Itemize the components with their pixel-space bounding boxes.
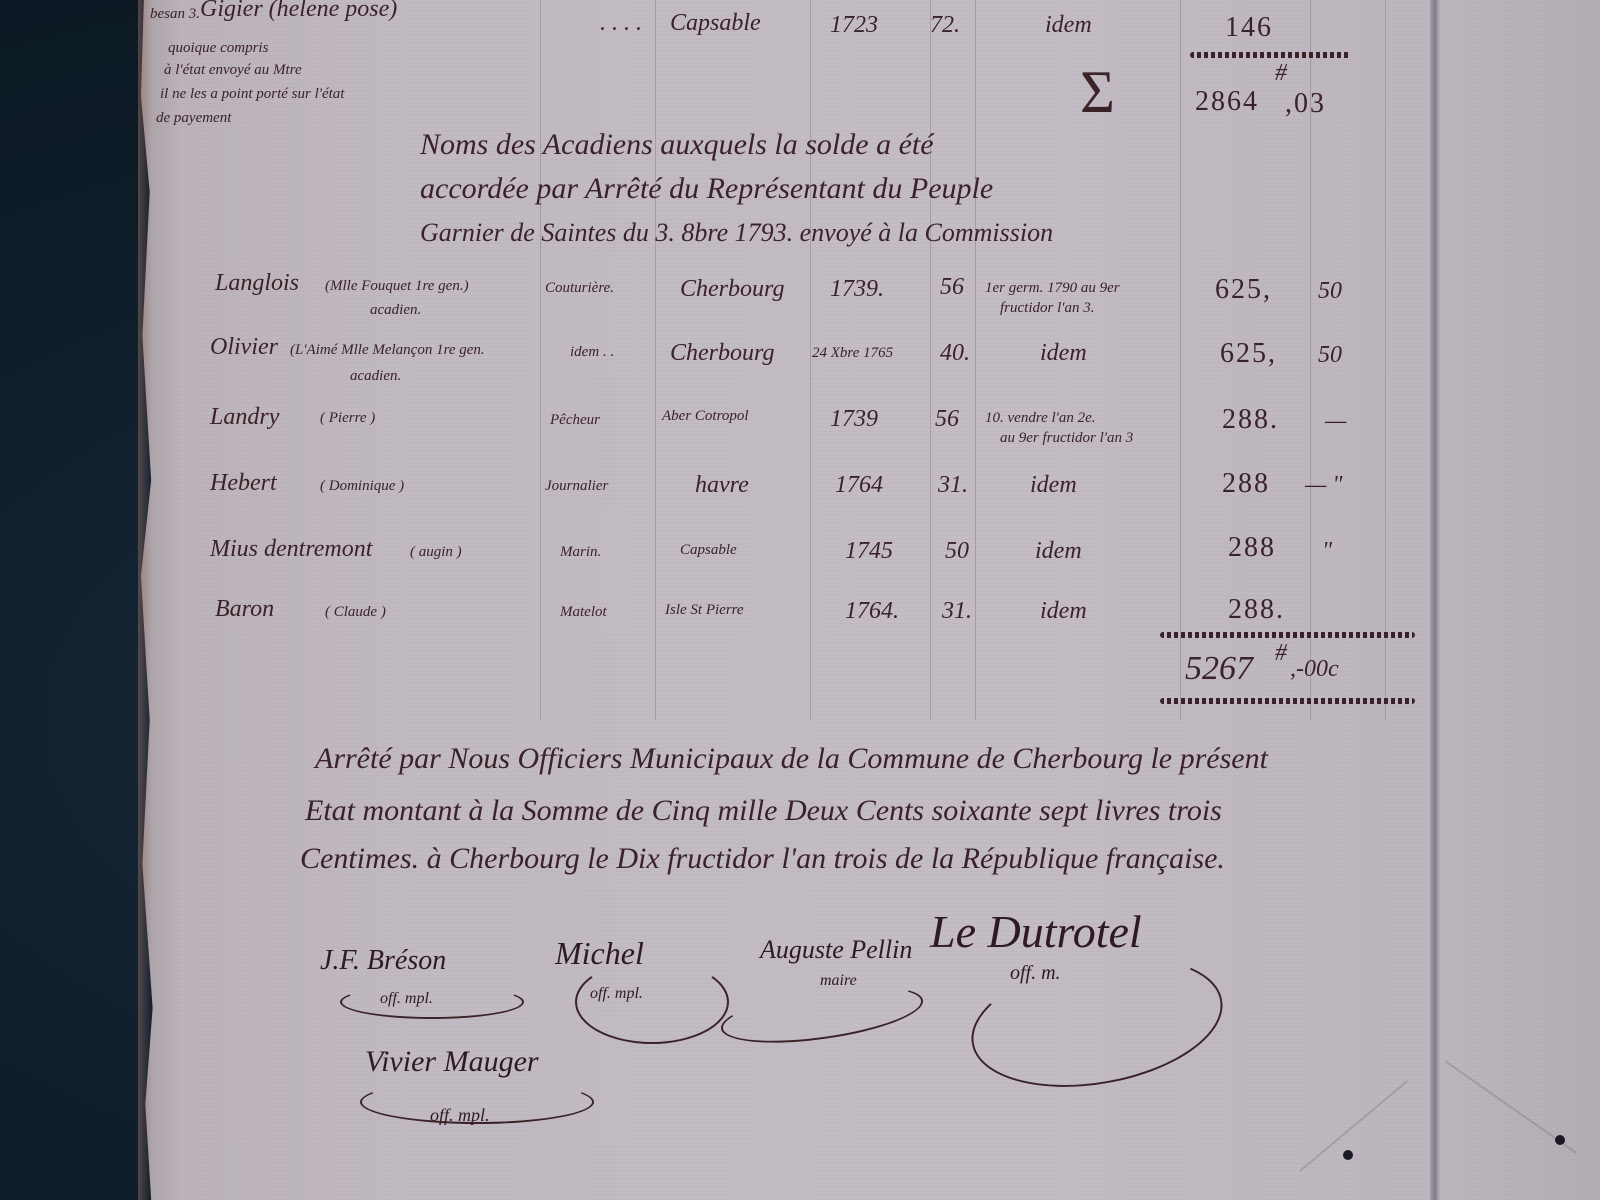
signature-name: Le Dutrotel xyxy=(930,905,1142,958)
row-birth: 1745 xyxy=(845,538,893,565)
row-birthplace: Cherbourg xyxy=(680,276,784,303)
row-period: idem xyxy=(1040,598,1087,625)
row-age: 31. xyxy=(942,598,972,625)
row-surname: Baron xyxy=(215,596,274,623)
entry-name: Gigier (helene pose) xyxy=(200,0,397,23)
entry-period: idem xyxy=(1045,12,1092,39)
row-given-name: ( Pierre ) xyxy=(320,410,375,427)
row-period: 10. vendre l'an 2e. xyxy=(985,410,1096,427)
row-occupation: Matelot xyxy=(560,604,607,621)
marginal-label: besan 3. xyxy=(150,6,200,23)
row-given-sub: acadien. xyxy=(350,368,401,385)
row-surname: Mius dentremont xyxy=(210,536,372,563)
row-birth: 1764 xyxy=(835,472,883,499)
row-period-sub: au 9er fructidor l'an 3 xyxy=(1000,430,1133,447)
total-value: 5267 xyxy=(1185,650,1253,688)
signature-flourish xyxy=(575,960,729,1044)
closing-line: Etat montant à la Somme de Cinq mille De… xyxy=(305,794,1222,828)
row-age: 40. xyxy=(940,340,970,367)
column-rule xyxy=(540,0,541,720)
signature-name: J.F. Bréson xyxy=(320,945,446,977)
column-rule xyxy=(930,0,931,720)
row-cents: 50 xyxy=(1318,278,1342,305)
row-amount: 288 xyxy=(1222,468,1270,500)
row-surname: Landry xyxy=(210,404,279,431)
row-given-name: ( Claude ) xyxy=(325,604,386,621)
row-cents: " xyxy=(1322,538,1332,565)
row-birthplace: Cherbourg xyxy=(670,340,774,367)
row-given-name: ( Dominique ) xyxy=(320,478,404,495)
heading-line: Garnier de Saintes du 3. 8bre 1793. envo… xyxy=(420,218,1053,248)
row-cents: 50 xyxy=(1318,342,1342,369)
row-amount: 288. xyxy=(1222,404,1279,436)
entry-age: 72. xyxy=(930,12,960,39)
total-rule-bottom xyxy=(1160,698,1415,704)
subtotal-livres-mark: # xyxy=(1275,60,1287,87)
row-age: 31. xyxy=(938,472,968,499)
row-occupation: idem . . xyxy=(570,344,614,361)
row-occupation: Marin. xyxy=(560,544,601,561)
paper-hole xyxy=(1343,1150,1353,1160)
row-given-sub: acadien. xyxy=(370,302,421,319)
row-cents: — " xyxy=(1305,472,1342,499)
subtotal-cents: ,03 xyxy=(1285,88,1326,120)
total-cents: ,-00c xyxy=(1290,656,1339,683)
row-surname: Olivier xyxy=(210,334,278,361)
signature-name: Auguste Pellin xyxy=(760,935,912,965)
row-amount: 625, xyxy=(1215,274,1272,306)
column-rule xyxy=(655,0,656,720)
row-birth: 1739 xyxy=(830,406,878,433)
entry-amount: 146 xyxy=(1225,12,1273,44)
subtotal-rule xyxy=(1190,52,1350,58)
subtotal-value: 2864 xyxy=(1195,86,1259,118)
column-rule xyxy=(1180,0,1181,720)
row-birthplace: Aber Cotropol xyxy=(662,408,749,425)
entry-year: 1723 xyxy=(830,12,878,39)
row-surname: Langlois xyxy=(215,270,299,297)
row-occupation: Pêcheur xyxy=(550,412,600,429)
column-rule xyxy=(1385,0,1386,720)
column-rule xyxy=(975,0,976,720)
row-birth: 1739. xyxy=(830,276,884,303)
total-livres-mark: # xyxy=(1275,640,1287,667)
row-amount: 625, xyxy=(1220,338,1277,370)
row-age: 56 xyxy=(940,274,964,301)
sum-symbol-icon: Σ xyxy=(1080,58,1115,127)
row-birthplace: havre xyxy=(695,472,749,499)
entry-dots: . . . . xyxy=(600,10,642,37)
row-amount: 288. xyxy=(1228,594,1285,626)
row-period: idem xyxy=(1030,472,1077,499)
row-period-sub: fructidor l'an 3. xyxy=(1000,300,1094,317)
closing-line: Centimes. à Cherbourg le Dix fructidor l… xyxy=(300,842,1225,876)
closing-line: Arrêté par Nous Officiers Municipaux de … xyxy=(315,742,1268,776)
column-rule xyxy=(810,0,811,720)
row-occupation: Journalier xyxy=(545,478,608,495)
row-birthplace: Capsable xyxy=(680,542,737,559)
margin-note-line: à l'état envoyé au Mtre xyxy=(164,60,302,80)
row-age: 56 xyxy=(935,406,959,433)
margin-note-line: quoique compris xyxy=(168,38,268,58)
row-amount: 288 xyxy=(1228,532,1276,564)
paper-edge-stain xyxy=(138,0,152,1200)
page-fold xyxy=(1430,0,1440,1200)
row-occupation: Couturière. xyxy=(545,280,614,297)
row-birth: 1764. xyxy=(845,598,899,625)
row-birth: 24 Xbre 1765 xyxy=(812,345,893,362)
entry-place: Capsable xyxy=(670,10,761,37)
margin-note-line: de payement xyxy=(156,108,231,128)
row-surname: Hebert xyxy=(210,470,277,497)
row-cents: — xyxy=(1325,408,1346,435)
heading-line: Noms des Acadiens auxquels la solde a ét… xyxy=(420,128,934,162)
paper-hole xyxy=(1555,1135,1565,1145)
row-given-name: (L'Aimé Mlle Melançon 1re gen. xyxy=(290,342,485,359)
total-rule-top xyxy=(1160,632,1415,638)
row-given-name: ( augin ) xyxy=(410,544,462,561)
signature-flourish xyxy=(340,985,524,1019)
row-birthplace: Isle St Pierre xyxy=(665,602,744,619)
signature-name: Vivier Mauger xyxy=(365,1045,539,1079)
heading-line: accordée par Arrêté du Représentant du P… xyxy=(420,172,993,206)
margin-note-line: il ne les a point porté sur l'état xyxy=(160,84,344,104)
row-period: 1er germ. 1790 au 9er xyxy=(985,280,1120,297)
row-period: idem xyxy=(1035,538,1082,565)
row-period: idem xyxy=(1040,340,1087,367)
row-given-name: (Mlle Fouquet 1re gen.) xyxy=(325,278,469,295)
signature-flourish xyxy=(360,1080,594,1124)
row-age: 50 xyxy=(945,538,969,565)
